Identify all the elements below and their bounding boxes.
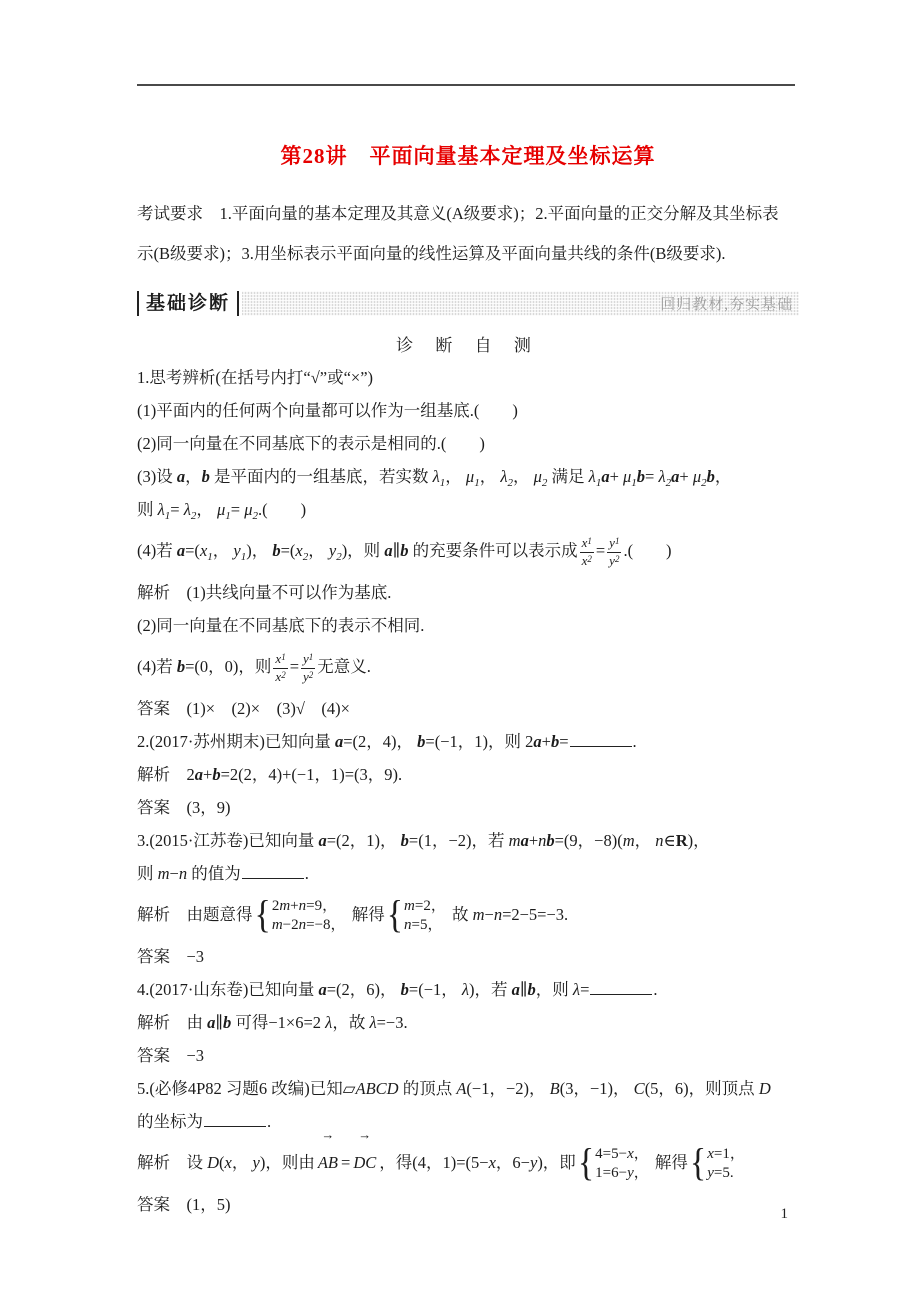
exam-requirements-line-2: 示(B级要求)；3.用坐标表示平面向量的线性运算及平面向量共线的条件(B级要求)… — [137, 234, 799, 274]
q3-stem-line-2: 则 m−n 的值为. — [137, 857, 799, 890]
fraction: x1x2 — [273, 652, 287, 684]
q5-stem-line-1: 5.(必修4P82 习题6 改编)已知▱ABCD 的顶点 A(−1，−2)， B… — [137, 1072, 799, 1105]
q4-analysis: 解析 由 a∥b 可得−1×6=2 λ，故 λ=−3. — [137, 1006, 799, 1039]
q1-item-4: (4)若 a=(x1， y1)， b=(x2， y2)，则 a∥b 的充要条件可… — [137, 526, 799, 576]
q4-stem: 4.(2017·山东卷)已知向量 a=(2，6)， b=(−1， λ)，若 a∥… — [137, 973, 799, 1006]
chapter-title: 第28讲 平面向量基本定理及坐标运算 — [137, 140, 799, 170]
q3-answer: 答案 −3 — [137, 940, 799, 973]
page-number: 1 — [781, 1206, 789, 1223]
fraction: x1x2 — [580, 536, 594, 568]
q1-analysis-4: (4)若 b=(0，0)，则x1x2=y1y2无意义. — [137, 642, 799, 692]
equation-system: {4=5−x，1=6−y， — [578, 1145, 649, 1183]
vector-notation: →DC — [351, 1138, 378, 1188]
q4-answer: 答案 −3 — [137, 1039, 799, 1072]
q1-analysis-1: 解析 (1)共线向量不可以作为基底. — [137, 576, 799, 609]
q5-stem-line-2: 的坐标为. — [137, 1105, 799, 1138]
fraction: y1y2 — [607, 536, 621, 568]
q1-analysis-2: (2)同一向量在不同基底下的表示不相同. — [137, 609, 799, 642]
banner-tagline: 回归教材,夯实基础 — [660, 293, 799, 314]
banner-hatch-band: 回归教材,夯实基础 — [242, 291, 799, 316]
equation-system: {2m+n=9，m−2n=−8， — [255, 897, 346, 935]
q1-stem: 1.思考辨析(在括号内打“√”或“×”) — [137, 361, 799, 394]
equation-system: {x=1，y=5. — [690, 1145, 745, 1183]
q2-answer: 答案 (3，9) — [137, 791, 799, 824]
exam-requirements-line-1: 考试要求 1.平面向量的基本定理及其意义(A级要求)；2.平面向量的正交分解及其… — [137, 194, 799, 234]
vector-notation: →AB — [316, 1138, 340, 1188]
fraction: y1y2 — [301, 652, 315, 684]
content-area: 第28讲 平面向量基本定理及坐标运算 考试要求 1.平面向量的基本定理及其意义(… — [137, 140, 799, 1221]
q1-item-2: (2)同一向量在不同基底下的表示是相同的.( ) — [137, 427, 799, 460]
answer-blank — [590, 980, 652, 995]
equation-system: {m=2，n=5， — [387, 897, 446, 935]
q1-item-3-line-2: 则 λ1= λ2， μ1= μ2.( ) — [137, 493, 799, 526]
q2-analysis: 解析 2a+b=2(2，4)+(−1，1)=(3，9). — [137, 758, 799, 791]
document-page: 第28讲 平面向量基本定理及坐标运算 考试要求 1.平面向量的基本定理及其意义(… — [0, 0, 920, 1302]
answer-blank — [204, 1112, 266, 1127]
q1-answer: 答案 (1)× (2)× (3)√ (4)× — [137, 692, 799, 725]
q2-stem: 2.(2017·苏州期末)已知向量 a=(2，4)， b=(−1，1)，则 2a… — [137, 725, 799, 758]
body-lines: 1.思考辨析(在括号内打“√”或“×”)(1)平面内的任何两个向量都可以作为一组… — [137, 361, 799, 1221]
q5-answer: 答案 (1，5) — [137, 1188, 799, 1221]
q3-analysis: 解析 由题意得{2m+n=9，m−2n=−8， 解得{m=2，n=5， 故 m−… — [137, 890, 799, 940]
basics-diagnosis-banner: 基础诊断 回归教材,夯实基础 — [137, 288, 799, 318]
banner-label: 基础诊断 — [137, 291, 239, 316]
header-rule — [137, 84, 795, 86]
q1-item-1: (1)平面内的任何两个向量都可以作为一组基底.( ) — [137, 394, 799, 427]
q5-analysis: 解析 设 D(x， y)，则由→AB=→DC，得(4，1)=(5−x，6−y)，… — [137, 1138, 799, 1188]
q1-item-3-line-1: (3)设 a，b 是平面内的一组基底，若实数 λ1， μ1， λ2， μ2 满足… — [137, 460, 799, 493]
section-subheader: 诊 断 自 测 — [137, 331, 799, 356]
q3-stem-line-1: 3.(2015·江苏卷)已知向量 a=(2，1)， b=(1，−2)，若 ma+… — [137, 824, 799, 857]
answer-blank — [242, 864, 304, 879]
answer-blank — [570, 732, 632, 747]
